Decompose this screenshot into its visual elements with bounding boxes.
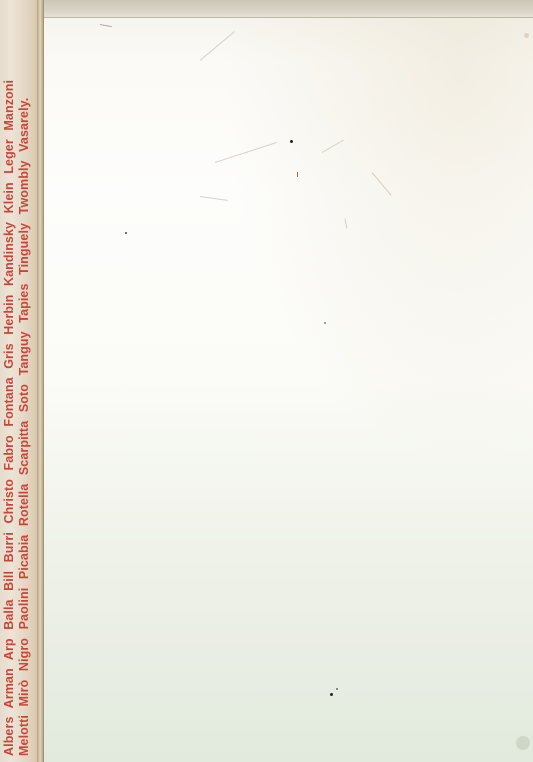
spine-line-1: Albers Arman Arp Balla Bill Burri Christ… bbox=[2, 4, 17, 756]
cover-speck bbox=[297, 172, 298, 177]
cover-speck bbox=[290, 140, 293, 143]
front-cover bbox=[44, 0, 533, 762]
cover-speck bbox=[324, 322, 326, 324]
spine-line-2: Melotti Mirò Nigro Paolini Picabia Rotel… bbox=[17, 4, 32, 756]
cover-stain bbox=[524, 33, 529, 38]
cover-corner-wear bbox=[516, 736, 530, 750]
book-spine: Albers Arman Arp Balla Bill Burri Christ… bbox=[0, 0, 38, 762]
cover-speck bbox=[125, 232, 127, 234]
book: Albers Arman Arp Balla Bill Burri Christ… bbox=[0, 0, 533, 762]
cover-speck bbox=[330, 693, 333, 696]
spine-artist-list: Albers Arman Arp Balla Bill Burri Christ… bbox=[2, 4, 36, 756]
top-edge-shadow bbox=[44, 0, 533, 18]
cover-speck bbox=[336, 688, 338, 690]
